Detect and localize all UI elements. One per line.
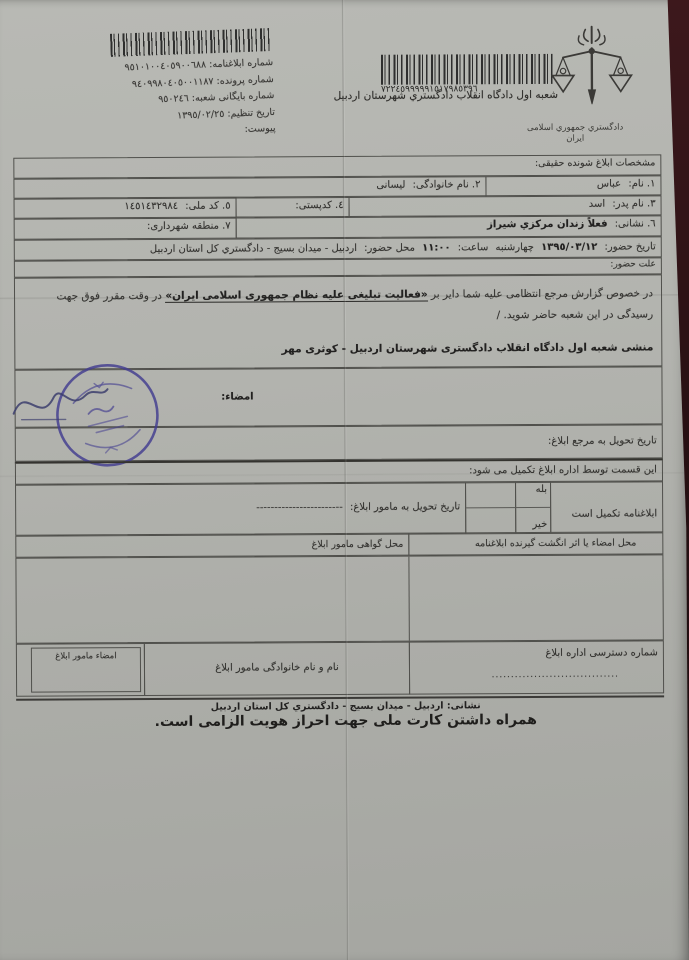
barcode-top-left — [110, 28, 271, 57]
signature-label: امضاء: — [221, 391, 253, 402]
person-section-title: مشخصات ابلاغ شونده حقیقی: — [535, 157, 655, 169]
officer-signature-outer-cell: امضاء مامور ابلاغ — [16, 643, 145, 697]
officer-name-label: نام و نام خانوادگی مامور ابلاغ — [215, 662, 339, 674]
officer-signature-label: امضاء مامور ابلاغ — [55, 651, 116, 661]
scanned-photo-root: شماره ابلاغنامه: ٩٥١٠١٠٠٤٠٥٩٠٠٦٨٨ شماره … — [0, 0, 689, 960]
attendance-place-label: محل حضور: — [364, 243, 415, 254]
barcode-center — [381, 54, 553, 85]
document-paper: شماره ابلاغنامه: ٩٥١٠١٠٠٤٠٥٩٠٠٦٨٨ شماره … — [0, 0, 689, 960]
handwritten-signature — [7, 371, 112, 432]
father-name-cell: ٣. نام پدر: اسد — [349, 195, 662, 217]
officer-signature-inner-box: امضاء مامور ابلاغ — [31, 647, 141, 693]
access-number-cell: شماره دسترسی اداره ابلاغ ...............… — [409, 640, 664, 694]
notice-complete-label: ابلاغنامه تکمیل است — [572, 508, 658, 519]
notice-complete-cell: ابلاغنامه تکمیل است — [550, 481, 663, 533]
officer-certificate-header: محل گواهی مامور ابلاغ — [312, 539, 404, 550]
yes-option: بله — [519, 484, 547, 495]
national-id-cell: ٥. کد ملی: ١٤٥١٤٣٢٩٨٤ — [14, 198, 237, 219]
municipal-district-label: ٧. منطقه شهرداری: — [147, 221, 231, 232]
recipient-signature-header-cell: محل امضاء یا اثر انگشت گیرنده ابلاغنامه — [408, 532, 663, 555]
attendance-time-label: ساعت: — [458, 242, 489, 253]
recipient-signature-header: محل امضاء یا اثر انگشت گیرنده ابلاغنامه — [475, 537, 636, 549]
attendance-weekday: چهارشنبه — [495, 242, 534, 253]
father-name-value: اسد — [589, 199, 605, 210]
name-value: عباس — [597, 179, 621, 190]
officer-name-cell: نام و نام خانوادگی مامور ابلاغ — [144, 642, 410, 696]
national-id-value: ١٤٥١٤٣٢٩٨٤ — [124, 201, 178, 212]
address-value: فعلاً زندان مرکزي شیراز — [487, 219, 607, 231]
delivery-to-authority-label: تاریخ تحویل به مرجع ابلاغ: — [548, 435, 657, 447]
access-number-label: شماره دسترسی اداره ابلاغ — [545, 647, 658, 659]
attendance-date-value: ١٣٩٥/٠٣/١٢ — [541, 242, 597, 253]
delivery-to-officer-cell: تاریخ تحویل به مامور ابلاغ: ------------… — [15, 482, 466, 535]
reason-label: علت حضور: — [610, 259, 656, 269]
attendance-time-value: ١١:٠٠ — [422, 242, 450, 253]
attendance-place-value: اردبیل - میدان بسیج - دادگستري کل استان … — [150, 243, 357, 255]
municipal-district-cell: ٧. منطقه شهرداری: — [14, 218, 237, 240]
delivery-to-officer-label: تاریخ تحویل به مامور ابلاغ: — [350, 501, 460, 513]
name-label: ١. نام: — [628, 178, 655, 189]
surname-label: ٢. نام خانوادگی: — [413, 179, 481, 190]
father-name-label: ٣. نام پدر: — [612, 198, 655, 209]
header-numbers-block: شماره ابلاغنامه: ٩٥١٠١٠٠٤٠٥٩٠٠٦٨٨ شماره … — [54, 28, 276, 145]
postal-code-cell: ٤. کدپستی: — [236, 197, 350, 218]
attendance-date-label: تاریخ حضور: — [604, 241, 655, 252]
office-section-title-row: این قسمت توسط اداره ابلاغ تکمیل می شود: — [15, 458, 663, 484]
surname-value: لیسانی — [376, 180, 405, 191]
signature-area-divider — [408, 557, 409, 641]
address-cell: ٦. نشانی: فعلاً زندان مرکزي شیراز — [236, 215, 662, 238]
signature-area-box — [15, 554, 663, 643]
access-number-dots: ................................. — [492, 670, 619, 681]
postal-code-label: ٤. کدپستی: — [295, 200, 343, 211]
emblem-caption-line1: دادگستري جمهوري اسلامی — [490, 122, 660, 134]
name-cell: ١. نام: عباس — [485, 175, 661, 196]
delivery-to-officer-dashes: ------------------------ — [256, 502, 343, 513]
national-id-label: ٥. کد ملی: — [185, 201, 230, 212]
no-option: خیر — [532, 519, 547, 530]
emblem-caption-line2: ایران — [490, 133, 660, 145]
officer-certificate-header-cell: محل گواهی مامور ابلاغ — [15, 534, 409, 558]
emblem-caption: دادگستري جمهوري اسلامی ایران — [490, 122, 660, 145]
surname-cell: ٢. نام خانوادگی: لیسانی — [13, 176, 486, 198]
address-label: ٦. نشانی: — [615, 218, 656, 229]
judiciary-scales-emblem-icon — [547, 22, 638, 122]
court-name: شعبه اول دادگاه انقلاب دادگستري شهرستان … — [253, 89, 558, 103]
